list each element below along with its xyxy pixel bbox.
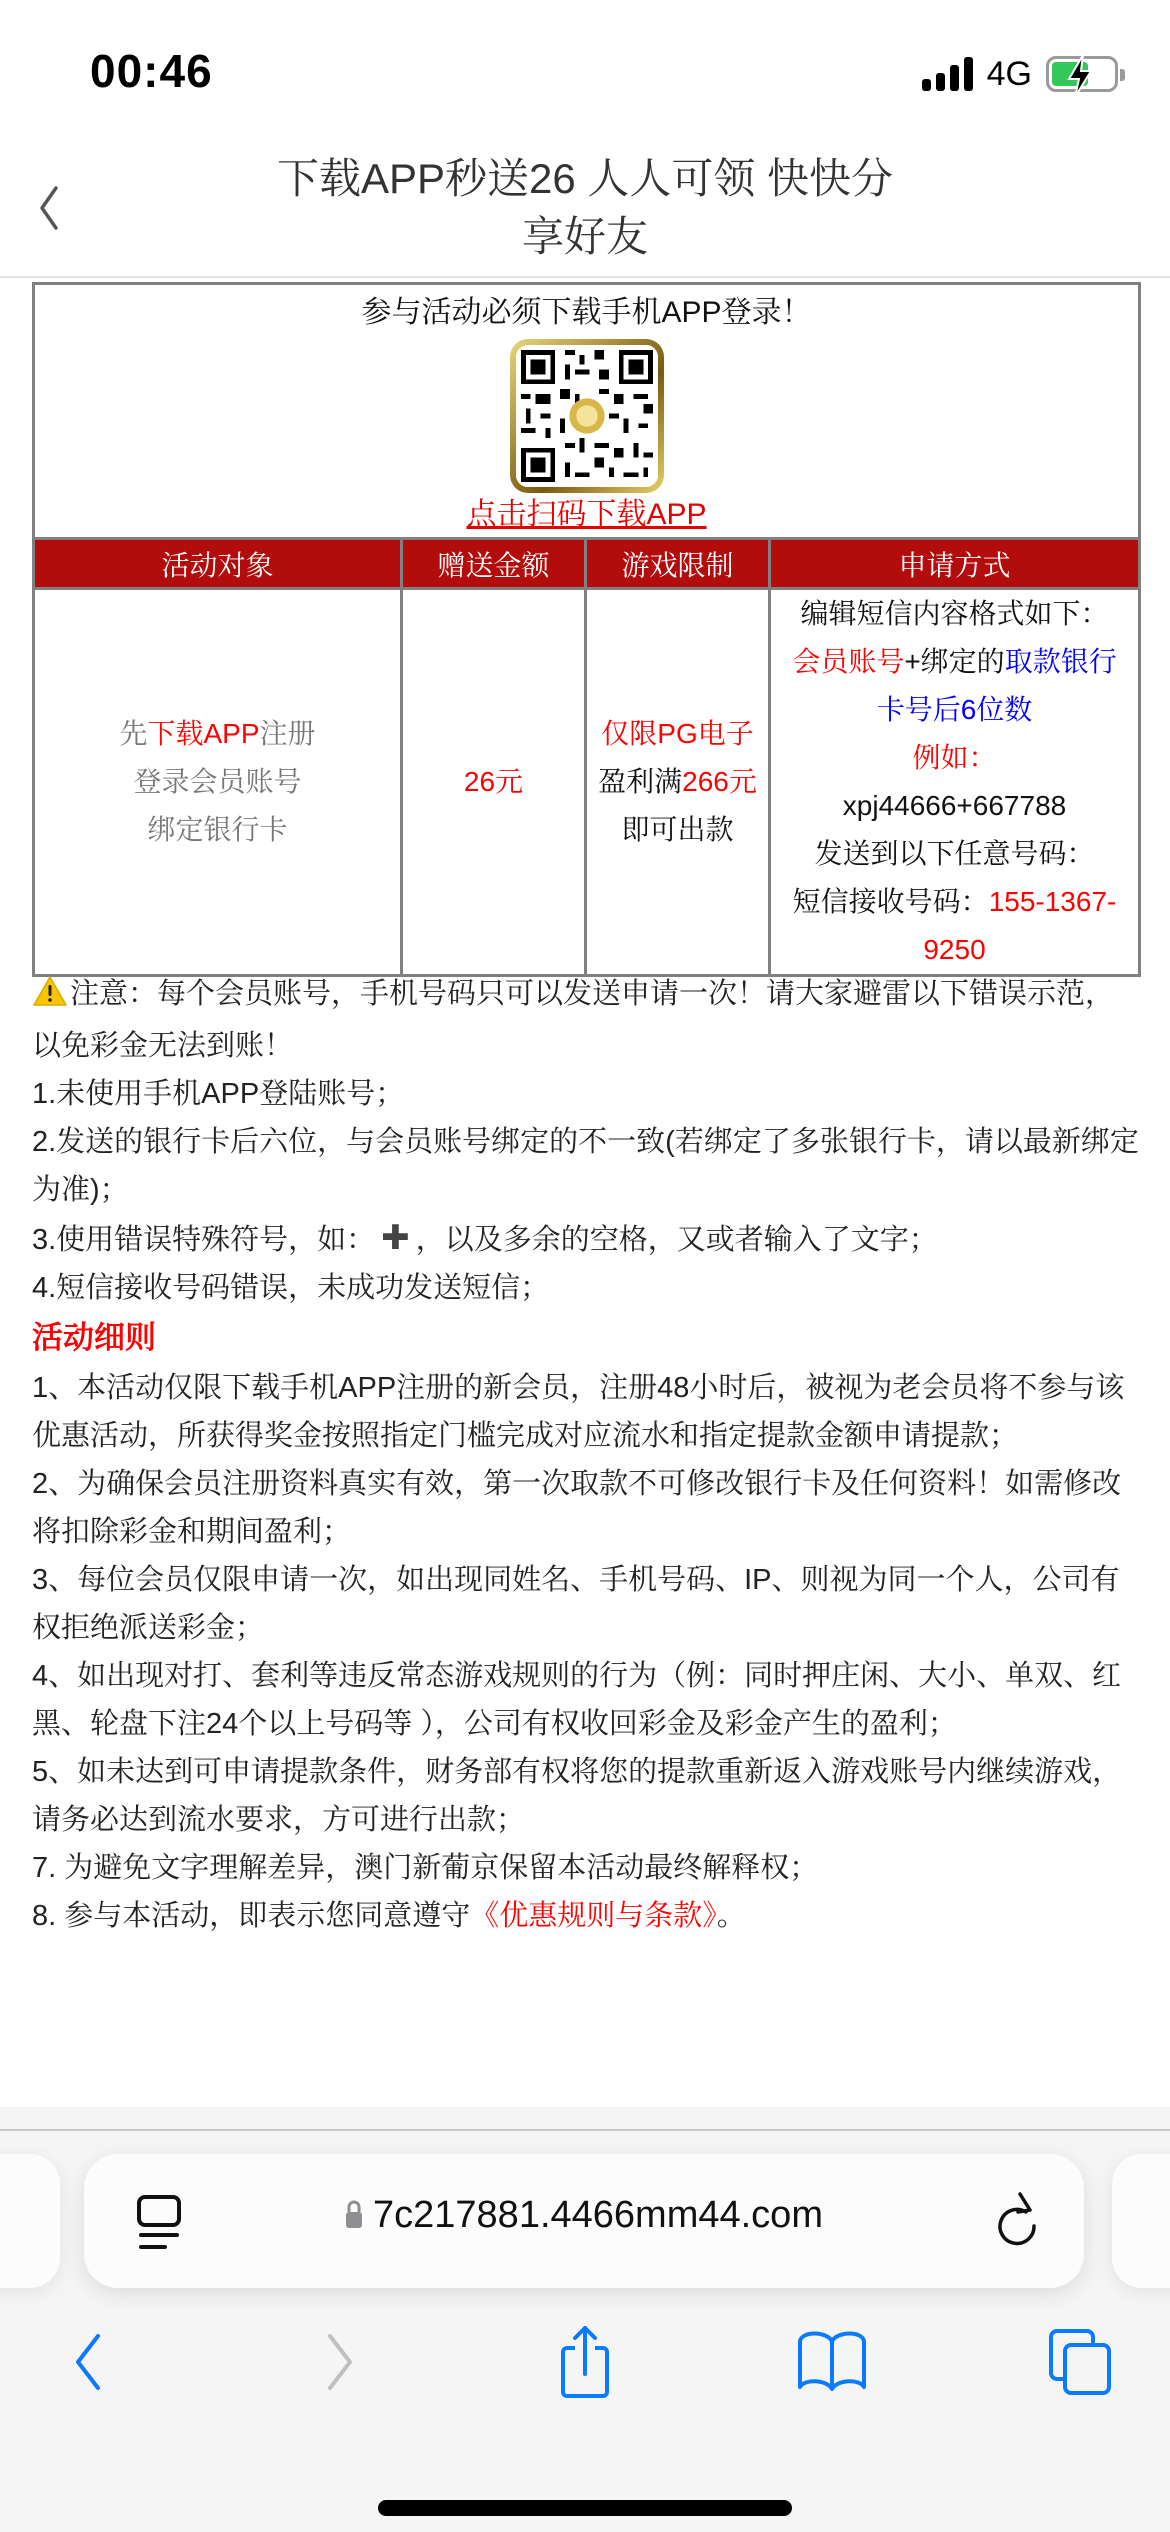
previous-tab-peek[interactable] xyxy=(0,2154,60,2288)
apply-bank-card-digits: 卡号后6位数 xyxy=(771,686,1138,734)
rule-item: 7. 为避免文字理解差异，澳门新葡京保留本活动最终解释权； xyxy=(32,1844,1142,1892)
target-text: 先 xyxy=(119,718,147,749)
home-indicator[interactable] xyxy=(378,2500,792,2516)
game-limit-line3: 即可出款 xyxy=(587,806,768,854)
network-type: 4G xyxy=(987,55,1032,94)
apply-member-account: 会员账号 xyxy=(792,646,904,677)
url-text: 7c217881.4466mm44.com xyxy=(373,2194,823,2236)
page-title-line2: 享好友 xyxy=(200,208,970,266)
rules-title: 活动细则 xyxy=(32,1312,1142,1364)
table-header-row: 活动对象 赠送金额 游戏限制 申请方式 xyxy=(34,539,1140,589)
target-text-post: 注册 xyxy=(260,718,316,749)
col-header-amount: 赠送金额 xyxy=(402,539,586,589)
error-item: 2.发送的银行卡后六位，与会员账号绑定的不一致(若绑定了多张银行卡，请以最新绑定… xyxy=(32,1118,1142,1214)
rule-item: 2、为确保会员注册资料真实有效，第一次取款不可修改银行卡及任何资料！如需修改将扣… xyxy=(32,1460,1142,1556)
tabs-icon xyxy=(1047,2327,1113,2397)
back-button[interactable] xyxy=(30,178,70,238)
game-limit-profit-value: 266元 xyxy=(682,766,757,797)
divider xyxy=(0,2129,1170,2131)
rule-item: 1、本活动仅限下载手机APP注册的新会员，注册48小时后，被视为老会员将不参与该… xyxy=(32,1364,1142,1460)
apply-plus-bind: +绑定的 xyxy=(904,646,1004,677)
table-row: 先下载APP注册 登录会员账号 绑定银行卡 26元 仅限PG电子 盈利满266元… xyxy=(34,589,1140,976)
sms-number-label: 短信接收号码： xyxy=(793,886,989,917)
status-icons: 4G xyxy=(922,54,1118,94)
status-time: 00:46 xyxy=(90,44,213,98)
forward-nav-button[interactable] xyxy=(300,2322,380,2402)
plus-icon: ✚ xyxy=(381,1214,410,1262)
download-requirement: 参与活动必须下载手机APP登录！ xyxy=(35,291,1138,335)
tabs-button[interactable] xyxy=(1040,2322,1120,2402)
cellular-signal-icon xyxy=(922,57,973,91)
apply-format-label: 编辑短信内容格式如下： xyxy=(771,590,1138,638)
apply-bank-card: 取款银行 xyxy=(1005,646,1117,677)
game-limit-profit-label: 盈利满 xyxy=(598,766,682,797)
back-nav-button[interactable] xyxy=(48,2322,128,2402)
url-display[interactable]: 7c217881.4466mm44.com xyxy=(84,2194,1084,2239)
rule-item: 3、每位会员仅限申请一次，如出现同姓名、手机号码、IP、则视为同一个人，公司有权… xyxy=(32,1556,1142,1652)
warning-note: 注意：每个会员账号，手机号码只可以发送申请一次！请大家避雷以下错误示范，以免彩金… xyxy=(32,970,1142,1070)
apply-send-to: 发送到以下任意号码： xyxy=(771,830,1138,878)
cell-amount: 26元 xyxy=(402,589,586,976)
download-cell: 参与活动必须下载手机APP登录！ xyxy=(34,284,1140,539)
sms-number-cont: 9250 xyxy=(771,926,1138,974)
bookmarks-button[interactable] xyxy=(792,2322,872,2402)
qr-code-image[interactable] xyxy=(510,339,664,493)
col-header-apply-method: 申请方式 xyxy=(770,539,1140,589)
rule-item: 4、如出现对打、套利等违反常态游戏规则的行为（例：同时押庄闲、大小、单双、红黑、… xyxy=(32,1652,1142,1748)
browser-toolbar xyxy=(0,2322,1170,2422)
rule-item: 5、如未达到可申请提款条件，财务部有权将您的提款重新返入游戏账号内继续游戏，请务… xyxy=(32,1748,1142,1844)
chevron-right-icon xyxy=(320,2332,360,2392)
share-icon xyxy=(555,2324,615,2400)
next-tab-peek[interactable] xyxy=(1112,2154,1170,2288)
cell-apply-method: 编辑短信内容格式如下： 会员账号+绑定的取款银行 卡号后6位数 例如： xpj4… xyxy=(770,589,1140,976)
terms-link[interactable]: 《优惠规则与条款》 xyxy=(470,1900,717,1932)
status-bar: 00:46 4G xyxy=(0,0,1170,140)
target-line2: 登录会员账号 xyxy=(35,758,400,806)
book-icon xyxy=(796,2329,868,2395)
browser-chrome: 7c217881.4466mm44.com xyxy=(0,2107,1170,2532)
battery-charging-icon xyxy=(1046,56,1118,92)
cell-game-limit: 仅限PG电子 盈利满266元 即可出款 xyxy=(586,589,770,976)
sms-number: 155-1367- xyxy=(989,886,1117,917)
target-highlight: 下载APP xyxy=(147,718,259,749)
page-title: 下载APP秒送26 人人可领 快快分 享好友 xyxy=(200,150,970,266)
apply-example-value: xpj44666+667788 xyxy=(771,782,1138,830)
error-item: 4.短信接收号码错误，未成功发送短信； xyxy=(32,1264,1142,1312)
reload-button[interactable] xyxy=(998,2190,1044,2253)
nav-header: 下载APP秒送26 人人可领 快快分 享好友 xyxy=(0,140,1170,278)
error-item: 3.使用错误特殊符号，如：✚，以及多余的空格，又或者输入了文字； xyxy=(32,1214,1142,1264)
apply-example-label: 例如： xyxy=(771,734,1138,782)
error-item: 1.未使用手机APP登陆账号； xyxy=(32,1070,1142,1118)
rule-item: 8. 参与本活动，即表示您同意遵守《优惠规则与条款》。 xyxy=(32,1892,1142,1940)
page-title-line1: 下载APP秒送26 人人可领 快快分 xyxy=(200,150,970,208)
lock-icon xyxy=(345,2196,363,2239)
game-limit-line1: 仅限PG电子 xyxy=(587,710,768,758)
address-bar[interactable]: 7c217881.4466mm44.com xyxy=(84,2154,1084,2288)
col-header-game-limit: 游戏限制 xyxy=(586,539,770,589)
share-button[interactable] xyxy=(545,2322,625,2402)
promo-table: 参与活动必须下载手机APP登录！ xyxy=(32,282,1141,977)
notes-section: 注意：每个会员账号，手机号码只可以发送申请一次！请大家避雷以下错误示范，以免彩金… xyxy=(32,970,1142,1940)
col-header-target: 活动对象 xyxy=(34,539,402,589)
scan-download-link[interactable]: 点击扫码下载APP xyxy=(467,495,707,535)
warning-icon xyxy=(32,974,68,1022)
chevron-left-icon xyxy=(30,178,70,238)
chevron-left-icon xyxy=(68,2332,108,2392)
qr-code-pattern xyxy=(516,345,658,487)
cell-target: 先下载APP注册 登录会员账号 绑定银行卡 xyxy=(34,589,402,976)
reload-icon xyxy=(998,2190,1044,2248)
page-content: 参与活动必须下载手机APP登录！ xyxy=(0,280,1170,2107)
target-line3: 绑定银行卡 xyxy=(35,806,400,854)
